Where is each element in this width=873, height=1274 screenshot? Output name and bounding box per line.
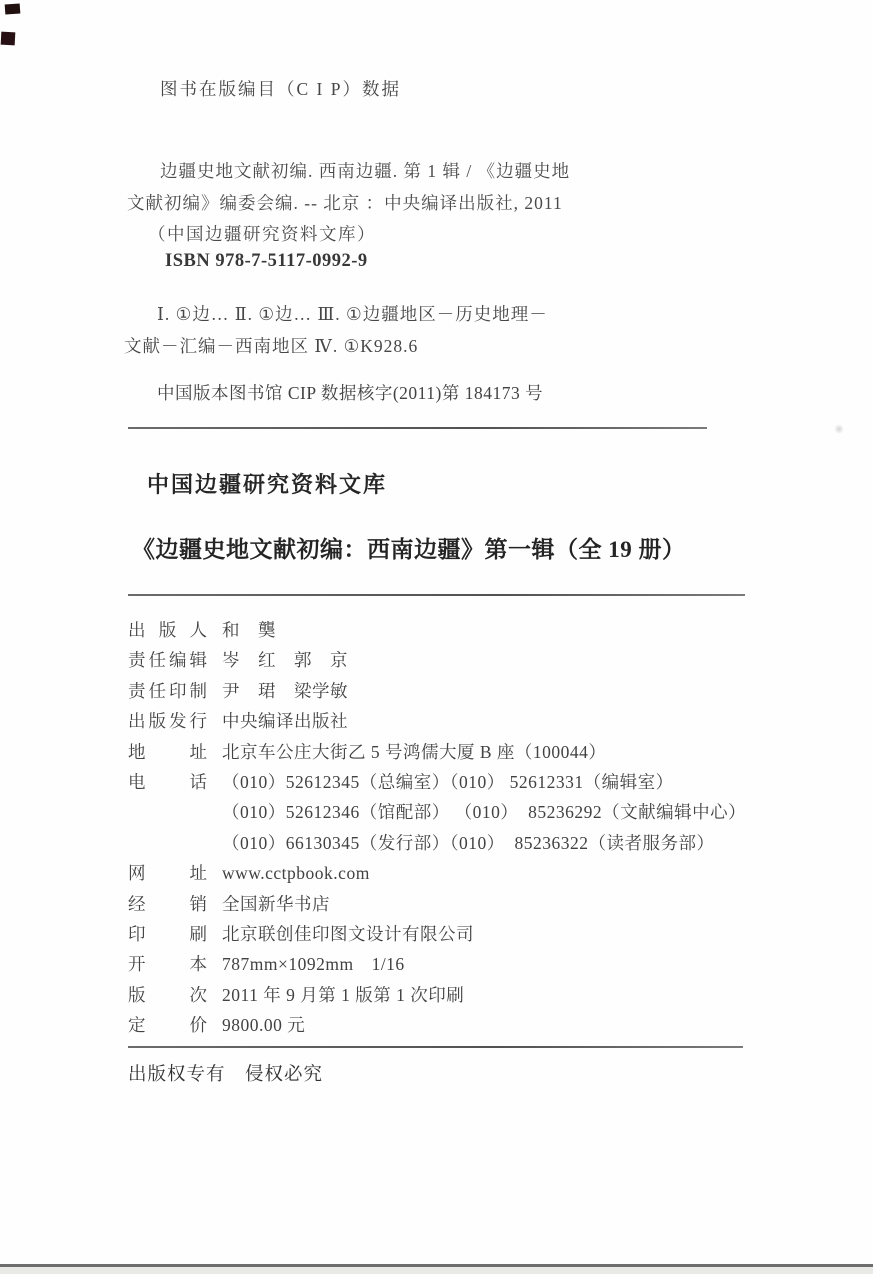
scan-ink-mark (1, 32, 16, 46)
colophon-row-value: 岑 红 郭 京 (222, 647, 348, 672)
colophon-row: 版次2011 年 9 月第 1 版第 1 次印刷 (128, 982, 788, 1012)
divider-rule-bottom (128, 1046, 743, 1048)
colophon-row-value: （010）52612345（总编室）（010） 52612331（编辑室） (222, 769, 674, 794)
colophon-row-value: 和 龑 (222, 617, 276, 642)
colophon-row-value: 北京车公庄大街乙 5 号鸿儒大厦 B 座（100044） (222, 739, 606, 764)
colophon-row: 责任印制尹 珺 梁学敏 (128, 678, 788, 708)
cip-classification-line1: Ⅰ. ①边… Ⅱ. ①边… Ⅲ. ①边疆地区－历史地理－ (157, 301, 548, 326)
colophon-row-label: 开本 (128, 951, 207, 976)
colophon-row: 开本787mm×1092mm 1/16 (128, 951, 788, 981)
series-title: 中国边疆研究资料文库 (147, 468, 387, 499)
colophon-row-label: 出版人 (128, 617, 207, 642)
colophon-row-label: 版次 (128, 982, 207, 1007)
colophon-row-value: 全国新华书店 (222, 891, 330, 916)
colophon-row-label: 经销 (128, 891, 207, 916)
colophon-row-value: 2011 年 9 月第 1 版第 1 次印刷 (222, 982, 464, 1007)
divider-rule-middle (128, 594, 745, 596)
scan-smudge (834, 424, 844, 434)
colophon-row-value: www.cctpbook.com (222, 863, 370, 884)
colophon-row-value: 北京联创佳印图文设计有限公司 (222, 921, 474, 946)
colophon-row-label: 责任印制 (128, 678, 207, 703)
colophon-row-label: 责任编辑 (128, 647, 207, 672)
colophon-row-value: （010）66130345（发行部）（010） 85236322（读者服务部） (222, 830, 715, 855)
colophon-rows: 出版人和 龑责任编辑岑 红 郭 京责任印制尹 珺 梁学敏出版发行中央编译出版社地… (128, 617, 788, 1042)
colophon-row-label: 定价 (128, 1012, 207, 1037)
colophon-row: 出版发行中央编译出版社 (128, 708, 788, 738)
copyright-page: 图书在版编目（C I P）数据 边疆史地文献初编. 西南边疆. 第 1 辑 / … (0, 0, 873, 1266)
colophon-row: （010）52612346（馆配部） （010） 85236292（文献编辑中心… (128, 799, 788, 829)
colophon-row: 电话（010）52612345（总编室）（010） 52612331（编辑室） (128, 769, 788, 799)
colophon-row: 地址北京车公庄大街乙 5 号鸿儒大厦 B 座（100044） (128, 739, 788, 769)
cip-header: 图书在版编目（C I P）数据 (160, 76, 401, 101)
cip-record-line2: 文献初编》编委会编. -- 北京 ：中央编译出版社, 2011 (127, 190, 563, 215)
colophon-row-value: 中央编译出版社 (222, 708, 348, 733)
divider-rule-top (128, 427, 707, 429)
copyright-notice: 出版权专有 侵权必究 (128, 1060, 323, 1086)
cip-record-line1: 边疆史地文献初编. 西南边疆. 第 1 辑 / 《边疆史地 (160, 158, 570, 183)
colophon-row: 网址www.cctpbook.com (128, 860, 788, 890)
colophon-row: 印刷北京联创佳印图文设计有限公司 (128, 921, 788, 951)
isbn-number: ISBN 978-7-5117-0992-9 (165, 251, 368, 272)
colophon-row: 责任编辑岑 红 郭 京 (128, 647, 788, 677)
colophon-row-value: （010）52612346（馆配部） （010） 85236292（文献编辑中心… (222, 799, 746, 824)
colophon-row: （010）66130345（发行部）（010） 85236322（读者服务部） (128, 830, 788, 860)
scan-ink-mark (5, 3, 21, 14)
colophon-row-label: 出版发行 (128, 708, 207, 733)
colophon-row-label: 电话 (128, 769, 207, 794)
colophon-row-value: 9800.00 元 (222, 1012, 305, 1037)
colophon-row: 定价9800.00 元 (128, 1012, 788, 1042)
colophon-row-label: 印刷 (128, 921, 207, 946)
colophon-row-label: 地址 (128, 739, 207, 764)
cip-registration-number: 中国版本图书馆 CIP 数据核字(2011)第 184173 号 (157, 380, 543, 405)
cip-classification-line2: 文献－汇编－西南地区 Ⅳ. ①K928.6 (124, 333, 418, 358)
cip-record-line3: （中国边疆研究资料文库） (148, 221, 376, 246)
scan-background-strip (0, 1267, 873, 1274)
colophon-row-value: 787mm×1092mm 1/16 (222, 951, 405, 976)
colophon-row-value: 尹 珺 梁学敏 (222, 678, 348, 703)
book-title: 《边疆史地文献初编：西南边疆》第一辑（全 19 册） (132, 531, 686, 564)
colophon-row-label: 网址 (128, 860, 207, 885)
colophon-row: 经销全国新华书店 (128, 891, 788, 921)
colophon-row: 出版人和 龑 (128, 617, 788, 647)
